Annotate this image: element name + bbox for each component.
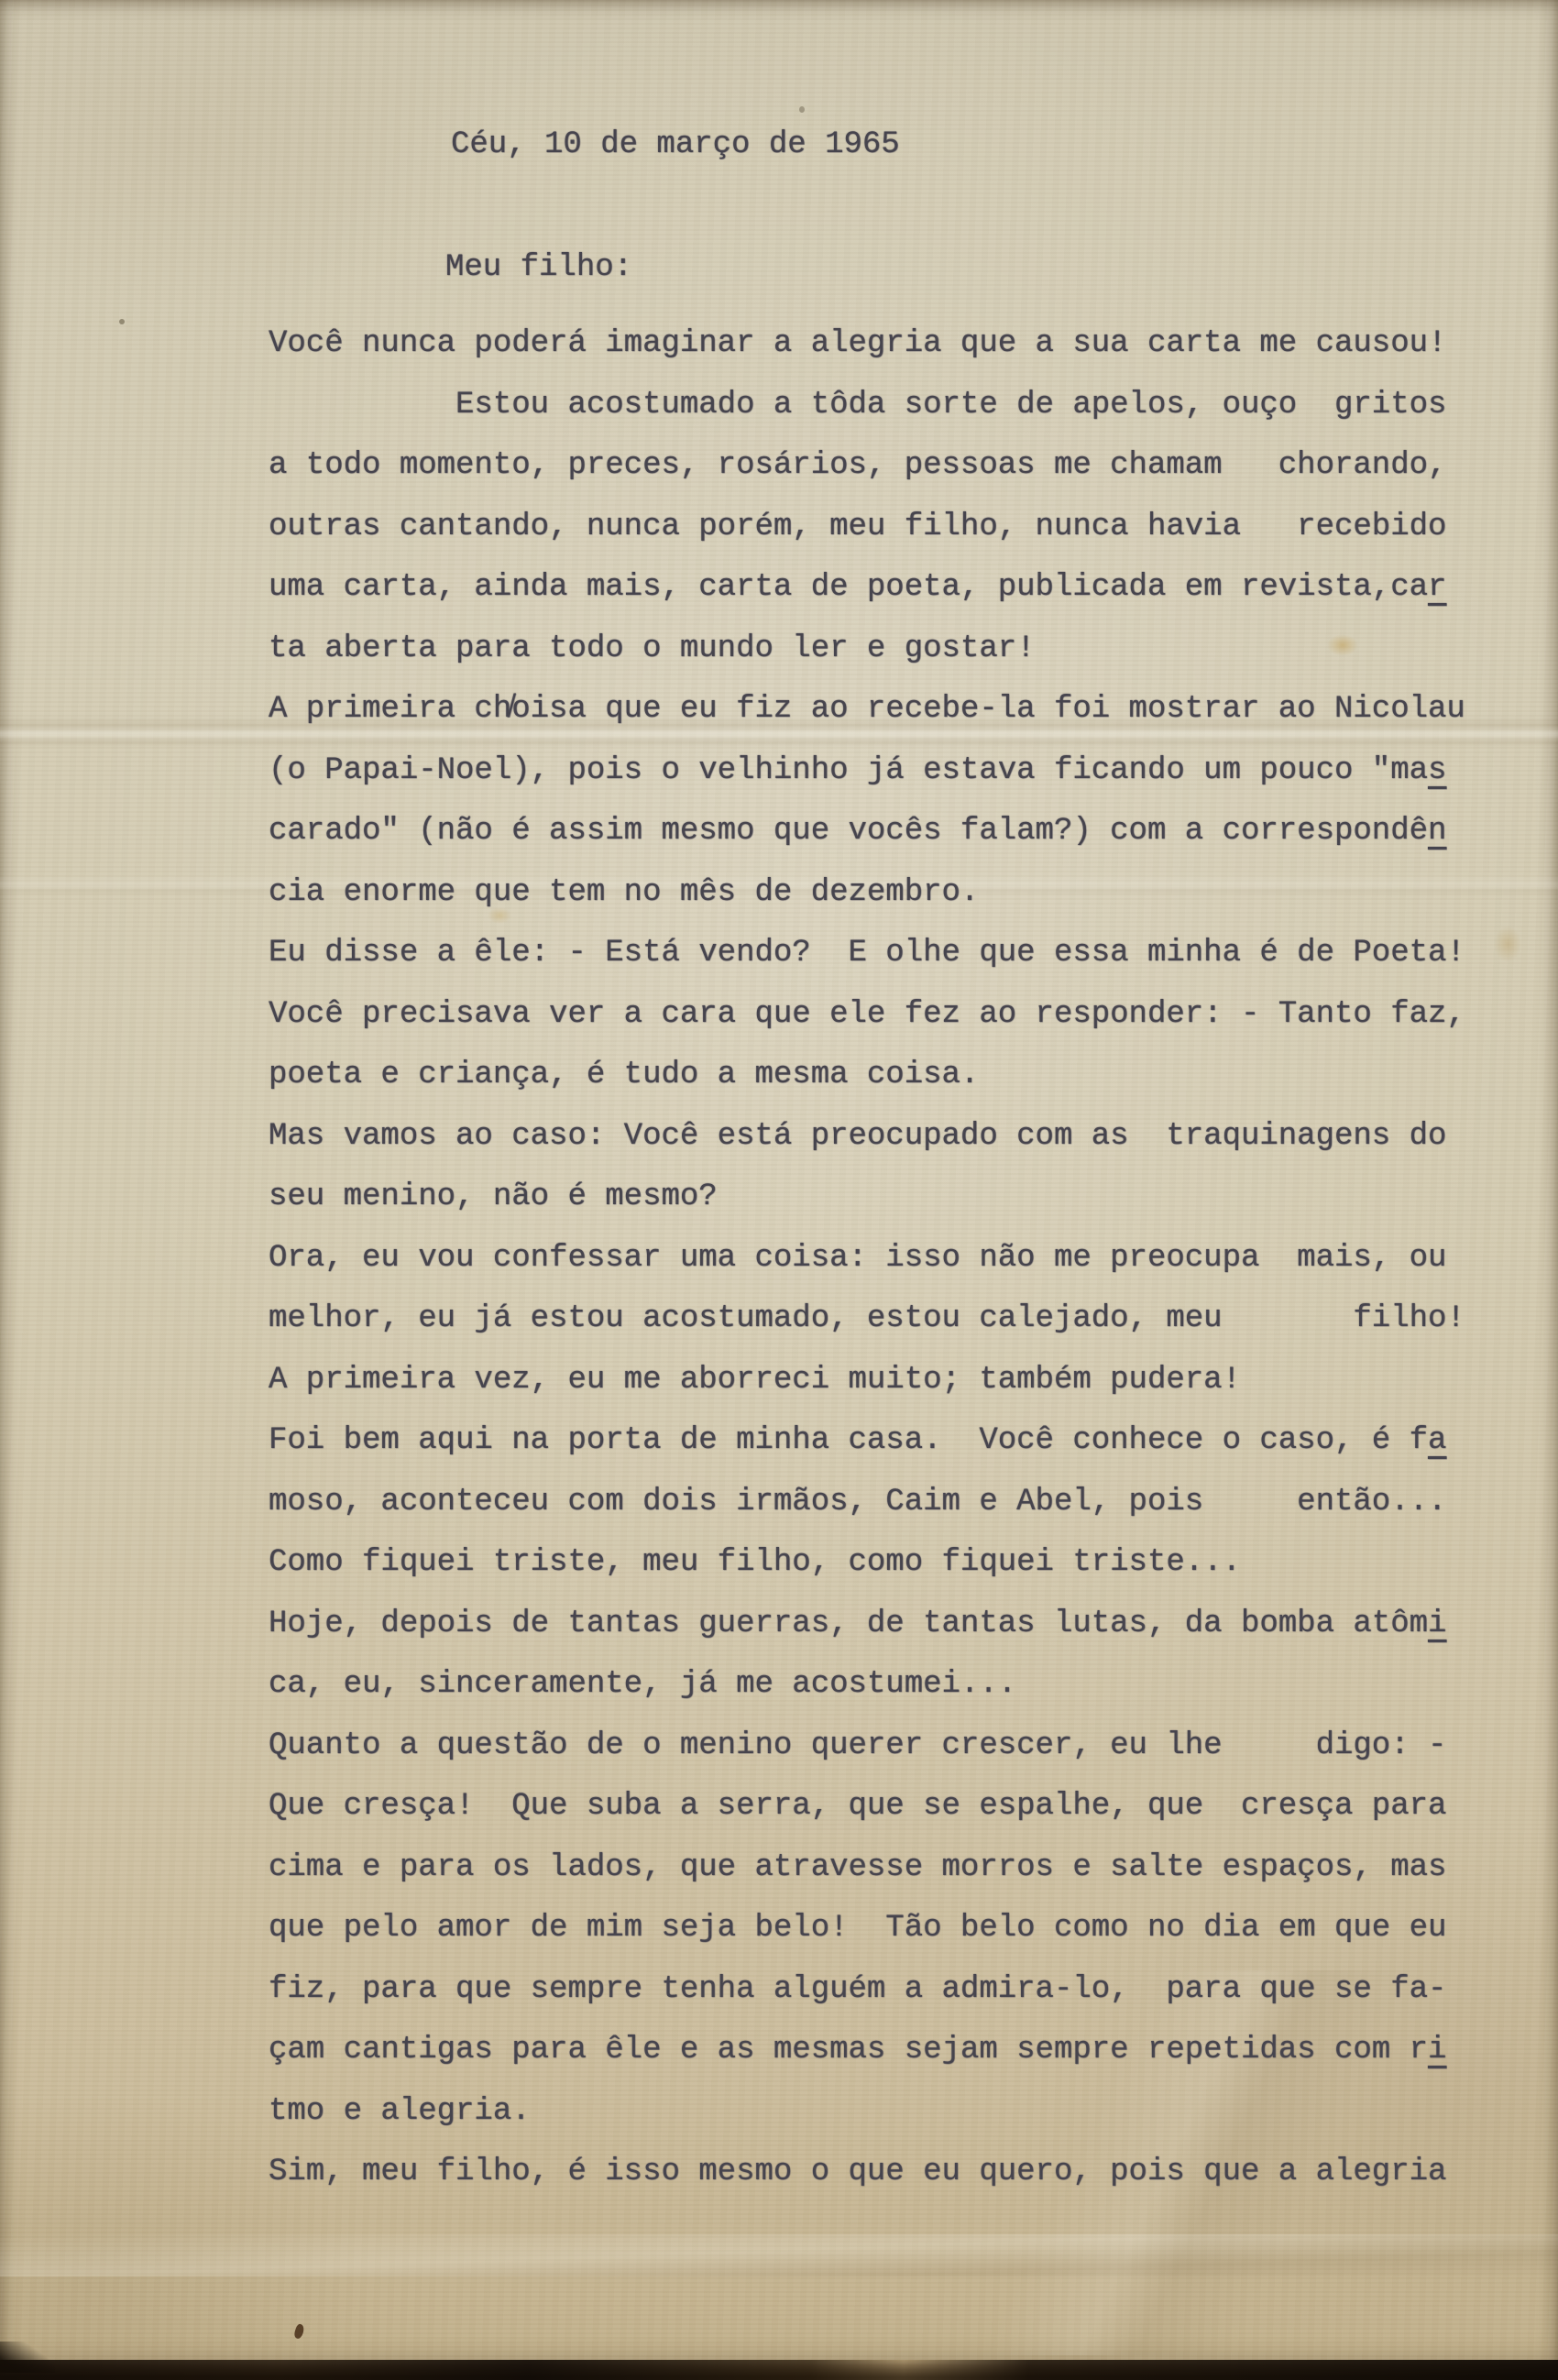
letter-salutation: Meu filho: xyxy=(445,247,632,288)
fold-crease xyxy=(0,2234,1558,2276)
letter-line: Mas vamos ao caso: Você está preocupado … xyxy=(269,1106,1465,1168)
letter-line: Você nunca poderá imaginar a alegria que… xyxy=(269,313,1465,375)
letter-line: Foi bem aqui na porta de minha casa. Voc… xyxy=(269,1410,1465,1472)
letter-line: uma carta, ainda mais, carta de poeta, p… xyxy=(269,557,1465,619)
letter-line: carado" (não é assim mesmo que vocês fal… xyxy=(269,801,1465,862)
letter-line: Sim, meu filho, é isso mesmo o que eu qu… xyxy=(269,2142,1465,2203)
letter-body: Você nunca poderá imaginar a alegria que… xyxy=(269,313,1465,2203)
underlined-syllable: a xyxy=(1428,1423,1446,1458)
letter-line: cia enorme que tem no mês de dezembro. xyxy=(269,862,1465,924)
letter-line: Que cresça! Que suba a serra, que se esp… xyxy=(269,1776,1465,1837)
letter-line: seu menino, não é mesmo? xyxy=(269,1167,1465,1228)
underlined-syllable: n xyxy=(1428,814,1446,849)
letter-date: Céu, 10 de março de 1965 xyxy=(451,125,900,165)
letter-line: ta aberta para todo o mundo ler e gostar… xyxy=(269,619,1465,680)
letter-line: Ora, eu vou confessar uma coisa: isso nã… xyxy=(269,1228,1465,1289)
underlined-syllable: r xyxy=(1428,570,1446,605)
letter-line: A primeira vez, eu me aborreci muito; ta… xyxy=(269,1350,1465,1411)
underlined-syllable: i xyxy=(1428,2033,1446,2067)
underlined-syllable: i xyxy=(1428,1607,1446,1641)
letter-photo: Céu, 10 de março de 1965 Meu filho: Você… xyxy=(0,0,1558,2380)
letter-line: a todo momento, preces, rosários, pessoa… xyxy=(269,435,1465,497)
letter-line: outras cantando, nunca porém, meu filho,… xyxy=(269,497,1465,558)
paper-speck xyxy=(799,106,805,113)
paper-speck xyxy=(119,319,125,324)
underlined-syllable: s xyxy=(1428,753,1446,788)
letter-line: cima e para os lados, que atravesse morr… xyxy=(269,1837,1465,1899)
letter-line: poeta e criança, é tudo a mesma coisa. xyxy=(269,1045,1465,1106)
letter-line: moso, aconteceu com dois irmãos, Caim e … xyxy=(269,1472,1465,1533)
paper-stain xyxy=(1494,926,1521,962)
letter-line: Quanto a questão de o menino querer cres… xyxy=(269,1716,1465,1777)
letter-line: A primeira ch̸oisa que eu fiz ao recebe-… xyxy=(269,679,1465,740)
letter-line: tmo e alegria. xyxy=(269,2081,1465,2143)
letter-line: çam cantigas para êle e as mesmas sejam … xyxy=(269,2020,1465,2081)
paper-speck xyxy=(293,2323,306,2340)
letter-page: Céu, 10 de março de 1965 Meu filho: Você… xyxy=(0,0,1558,2380)
letter-line: que pelo amor de mim seja belo! Tão belo… xyxy=(269,1898,1465,1959)
letter-line: ca, eu, sinceramente, já me acostumei... xyxy=(269,1654,1465,1716)
photo-bottom-corner xyxy=(0,2342,55,2373)
letter-line: Você precisava ver a cara que ele fez ao… xyxy=(269,984,1465,1046)
letter-line: Como fiquei triste, meu filho, como fiqu… xyxy=(269,1532,1465,1594)
letter-line: Estou acostumado a tôda sorte de apelos,… xyxy=(269,375,1465,436)
letter-line: fiz, para que sempre tenha alguém a admi… xyxy=(269,1959,1465,2021)
letter-line: Hoje, depois de tantas guerras, de tanta… xyxy=(269,1594,1465,1655)
photo-bottom-edge xyxy=(0,2360,1558,2380)
letter-line: Eu disse a êle: - Está vendo? E olhe que… xyxy=(269,923,1465,984)
letter-line: melhor, eu já estou acostumado, estou ca… xyxy=(269,1289,1465,1350)
letter-line: (o Papai-Noel), pois o velhinho já estav… xyxy=(269,740,1465,802)
